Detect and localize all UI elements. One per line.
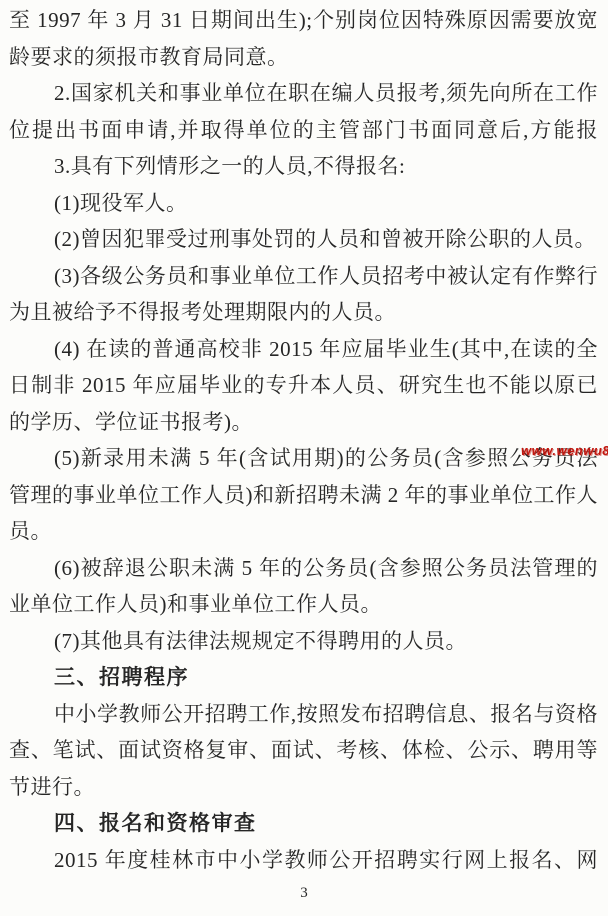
text-line: 业单位工作人员)和事业单位工作人员。 [9,586,598,623]
text-line: 至 1997 年 3 月 31 日期间出生);个别岗位因特殊原因需要放宽年 [9,2,598,39]
section-heading: 三、招聘程序 [9,659,598,696]
text-line: (4) 在读的普通高校非 2015 年应届毕业生(其中,在读的全 [9,331,598,368]
paragraph: 2.国家机关和事业单位在职在编人员报考,须先向所在工作单位提出书面申请,并取得单… [9,75,598,148]
text-line: 三、招聘程序 [9,659,598,696]
text-line: 位提出书面申请,并取得单位的主管部门书面同意后,方能报考。 [9,112,598,149]
paragraph: (4) 在读的普通高校非 2015 年应届毕业生(其中,在读的全日制非 2015… [9,331,598,441]
paragraph: (6)被辞退公职未满 5 年的公务员(含参照公务员法管理的事业单位工作人员)和事… [9,550,598,623]
watermark-text: www.wenwu8.c [521,443,608,458]
text-line: 2.国家机关和事业单位在职在编人员报考,须先向所在工作单 [9,75,598,112]
text-line: 日制非 2015 年应届毕业的专升本人员、研究生也不能以原已取得 [9,367,598,404]
text-line: 四、报名和资格审查 [9,805,598,842]
text-line: 龄要求的须报市教育局同意。 [9,39,598,76]
text-line: 2015 年度桂林市中小学教师公开招聘实行网上报名、网上查 [9,842,598,879]
text-line: (5)新录用未满 5 年(含试用期)的公务员(含参照公务员法 [9,440,598,477]
scanned-document: { "page": { "number": "3", "watermark": … [0,0,608,916]
text-line: 为且被给予不得报考处理期限内的人员。 [9,294,598,331]
text-line: 中小学教师公开招聘工作,按照发布招聘信息、报名与资格审 [9,696,598,733]
page-number: 3 [0,885,608,902]
paragraph: 中小学教师公开招聘工作,按照发布招聘信息、报名与资格审查、笔试、面试资格复审、面… [9,696,598,806]
document-body: 至 1997 年 3 月 31 日期间出生);个别岗位因特殊原因需要放宽年龄要求… [9,2,598,878]
text-line: (6)被辞退公职未满 5 年的公务员(含参照公务员法管理的事 [9,550,598,587]
section-heading: 四、报名和资格审查 [9,805,598,842]
text-line: (7)其他具有法律法规规定不得聘用的人员。 [9,623,598,660]
text-line: 管理的事业单位工作人员)和新招聘未满 2 年的事业单位工作人 [9,477,598,514]
paragraph: 2015 年度桂林市中小学教师公开招聘实行网上报名、网上查 [9,842,598,879]
paragraph: 3.具有下列情形之一的人员,不得报名: [9,148,598,185]
paragraph: 至 1997 年 3 月 31 日期间出生);个别岗位因特殊原因需要放宽年龄要求… [9,2,598,75]
paragraph: (1)现役军人。 [9,185,598,222]
text-line: (3)各级公务员和事业单位工作人员招考中被认定有作弊行 [9,258,598,295]
text-line: 员。 [9,513,598,550]
text-line: 节进行。 [9,769,598,806]
paragraph: (5)新录用未满 5 年(含试用期)的公务员(含参照公务员法管理的事业单位工作人… [9,440,598,550]
paragraph: (7)其他具有法律法规规定不得聘用的人员。 [9,623,598,660]
paragraph: (2)曾因犯罪受过刑事处罚的人员和曾被开除公职的人员。 [9,221,598,258]
text-line: (1)现役军人。 [9,185,598,222]
text-line: (2)曾因犯罪受过刑事处罚的人员和曾被开除公职的人员。 [9,221,598,258]
text-line: 查、笔试、面试资格复审、面试、考核、体检、公示、聘用等环 [9,732,598,769]
text-line: 3.具有下列情形之一的人员,不得报名: [9,148,598,185]
text-line: 的学历、学位证书报考)。 [9,404,598,441]
document-page: 至 1997 年 3 月 31 日期间出生);个别岗位因特殊原因需要放宽年龄要求… [0,0,608,916]
paragraph: (3)各级公务员和事业单位工作人员招考中被认定有作弊行为且被给予不得报考处理期限… [9,258,598,331]
